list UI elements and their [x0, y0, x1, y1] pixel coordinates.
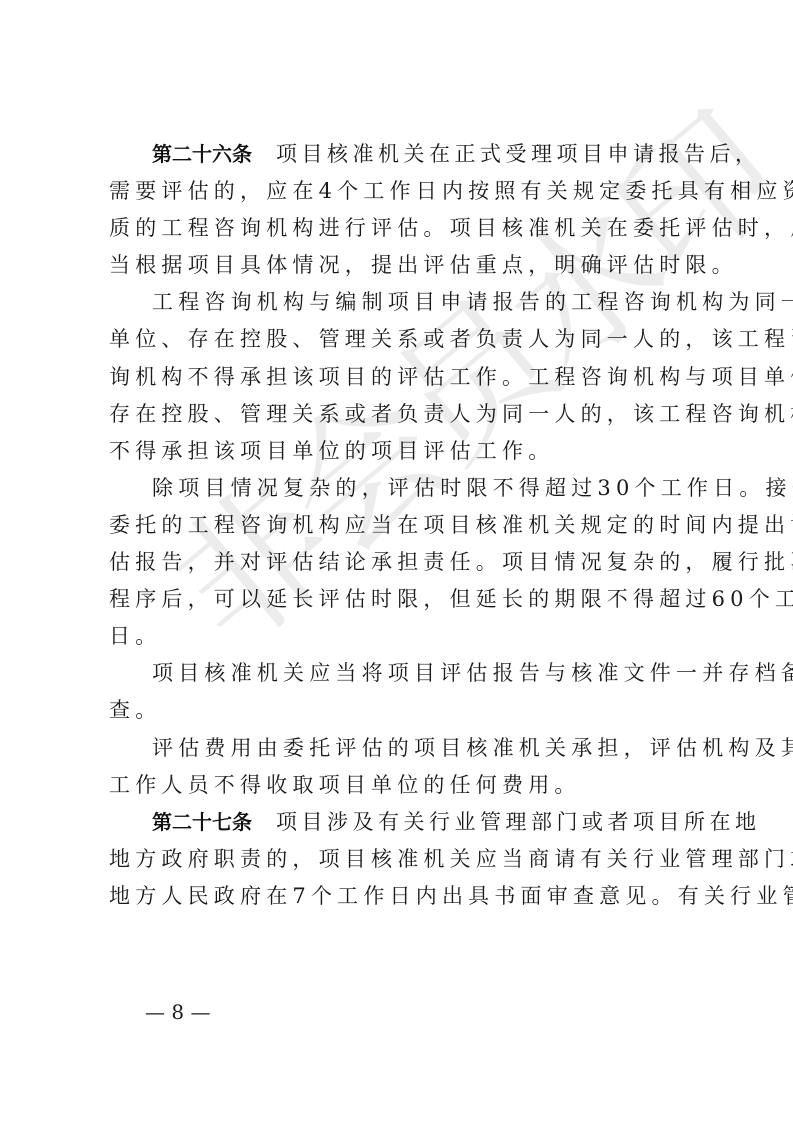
text-line: 日。	[109, 618, 699, 655]
text-line: 查。	[109, 692, 699, 729]
article-label: 第二十六条	[152, 136, 252, 173]
document-body: 第二十六条 项目核准机关在正式受理项目申请报告后， 需要评估的，应在4个工作日内…	[109, 136, 699, 915]
line-text: 质的工程咨询机构进行评估。项目核准机关在委托评估时，应	[109, 210, 793, 247]
paragraph-article-27: 第二十七条 项目涉及有关行业管理部门或者项目所在地 地方政府职责的，项目核准机关…	[109, 804, 699, 915]
line-text: 工作人员不得收取项目单位的任何费用。	[109, 767, 581, 804]
line-text: 项目涉及有关行业管理部门或者项目所在地	[276, 804, 761, 841]
text-line: 工作人员不得收取项目单位的任何费用。	[109, 767, 699, 804]
line-text: 项目核准机关应当将项目评估报告与核准文件一并存档备	[152, 655, 793, 692]
line-text: 除项目情况复杂的，评估时限不得超过30个工作日。接受	[152, 470, 793, 507]
text-line: 需要评估的，应在4个工作日内按照有关规定委托具有相应资	[109, 173, 699, 210]
text-line: 当根据项目具体情况，提出评估重点，明确评估时限。	[109, 247, 699, 284]
line-text: 程序后，可以延长评估时限，但延长的期限不得超过60个工作	[109, 581, 793, 618]
text-line: 地方人民政府在7个工作日内出具书面审查意见。有关行业管	[109, 878, 699, 915]
line-text: 项目核准机关在正式受理项目申请报告后，	[276, 136, 761, 173]
text-line: 第二十七条 项目涉及有关行业管理部门或者项目所在地	[109, 804, 699, 841]
text-line: 估报告，并对评估结论承担责任。项目情况复杂的，履行批准	[109, 544, 699, 581]
line-text: 存在控股、管理关系或者负责人为同一人的，该工程咨询机构	[109, 396, 793, 433]
line-text: 估报告，并对评估结论承担责任。项目情况复杂的，履行批准	[109, 544, 793, 581]
document-page: 非会员水印 第二十六条 项目核准机关在正式受理项目申请报告后， 需要评估的，应在…	[0, 0, 793, 1122]
text-line: 评估费用由委托评估的项目核准机关承担，评估机构及其	[109, 730, 699, 767]
text-line: 工程咨询机构与编制项目申请报告的工程咨询机构为同一	[109, 284, 699, 321]
page-number: — 8 —	[145, 998, 210, 1026]
paragraph-archive: 项目核准机关应当将项目评估报告与核准文件一并存档备 查。	[109, 655, 699, 729]
line-text: 日。	[109, 618, 161, 655]
text-line: 委托的工程咨询机构应当在项目核准机关规定的时间内提出评	[109, 507, 699, 544]
text-line: 质的工程咨询机构进行评估。项目核准机关在委托评估时，应	[109, 210, 699, 247]
text-line: 项目核准机关应当将项目评估报告与核准文件一并存档备	[109, 655, 699, 692]
text-line: 第二十六条 项目核准机关在正式受理项目申请报告后，	[109, 136, 699, 173]
paragraph-article-26: 第二十六条 项目核准机关在正式受理项目申请报告后， 需要评估的，应在4个工作日内…	[109, 136, 699, 284]
line-text: 单位、存在控股、管理关系或者负责人为同一人的，该工程咨	[109, 321, 793, 358]
paragraph-fees: 评估费用由委托评估的项目核准机关承担，评估机构及其 工作人员不得收取项目单位的任…	[109, 730, 699, 804]
text-line: 询机构不得承担该项目的评估工作。工程咨询机构与项目单位	[109, 359, 699, 396]
line-text: 工程咨询机构与编制项目申请报告的工程咨询机构为同一	[152, 284, 793, 321]
text-line: 地方政府职责的，项目核准机关应当商请有关行业管理部门或	[109, 841, 699, 878]
text-line: 除项目情况复杂的，评估时限不得超过30个工作日。接受	[109, 470, 699, 507]
text-line: 不得承担该项目单位的项目评估工作。	[109, 433, 699, 470]
text-line: 存在控股、管理关系或者负责人为同一人的，该工程咨询机构	[109, 396, 699, 433]
paragraph-evaluation-timelimit: 除项目情况复杂的，评估时限不得超过30个工作日。接受 委托的工程咨询机构应当在项…	[109, 470, 699, 655]
text-line: 程序后，可以延长评估时限，但延长的期限不得超过60个工作	[109, 581, 699, 618]
line-text: 委托的工程咨询机构应当在项目核准机关规定的时间内提出评	[109, 507, 793, 544]
article-label: 第二十七条	[152, 804, 252, 841]
paragraph-consulting-conflict: 工程咨询机构与编制项目申请报告的工程咨询机构为同一 单位、存在控股、管理关系或者…	[109, 284, 699, 469]
text-line: 单位、存在控股、管理关系或者负责人为同一人的，该工程咨	[109, 321, 699, 358]
line-text: 评估费用由委托评估的项目核准机关承担，评估机构及其	[152, 730, 793, 767]
line-text: 不得承担该项目单位的项目评估工作。	[109, 433, 554, 470]
line-text: 当根据项目具体情况，提出评估重点，明确评估时限。	[109, 247, 738, 284]
line-text: 查。	[109, 692, 161, 729]
line-text: 地方人民政府在7个工作日内出具书面审查意见。有关行业管	[109, 878, 793, 915]
line-text: 需要评估的，应在4个工作日内按照有关规定委托具有相应资	[109, 173, 793, 210]
line-text: 询机构不得承担该项目的评估工作。工程咨询机构与项目单位	[109, 359, 793, 396]
line-text: 地方政府职责的，项目核准机关应当商请有关行业管理部门或	[109, 841, 793, 878]
